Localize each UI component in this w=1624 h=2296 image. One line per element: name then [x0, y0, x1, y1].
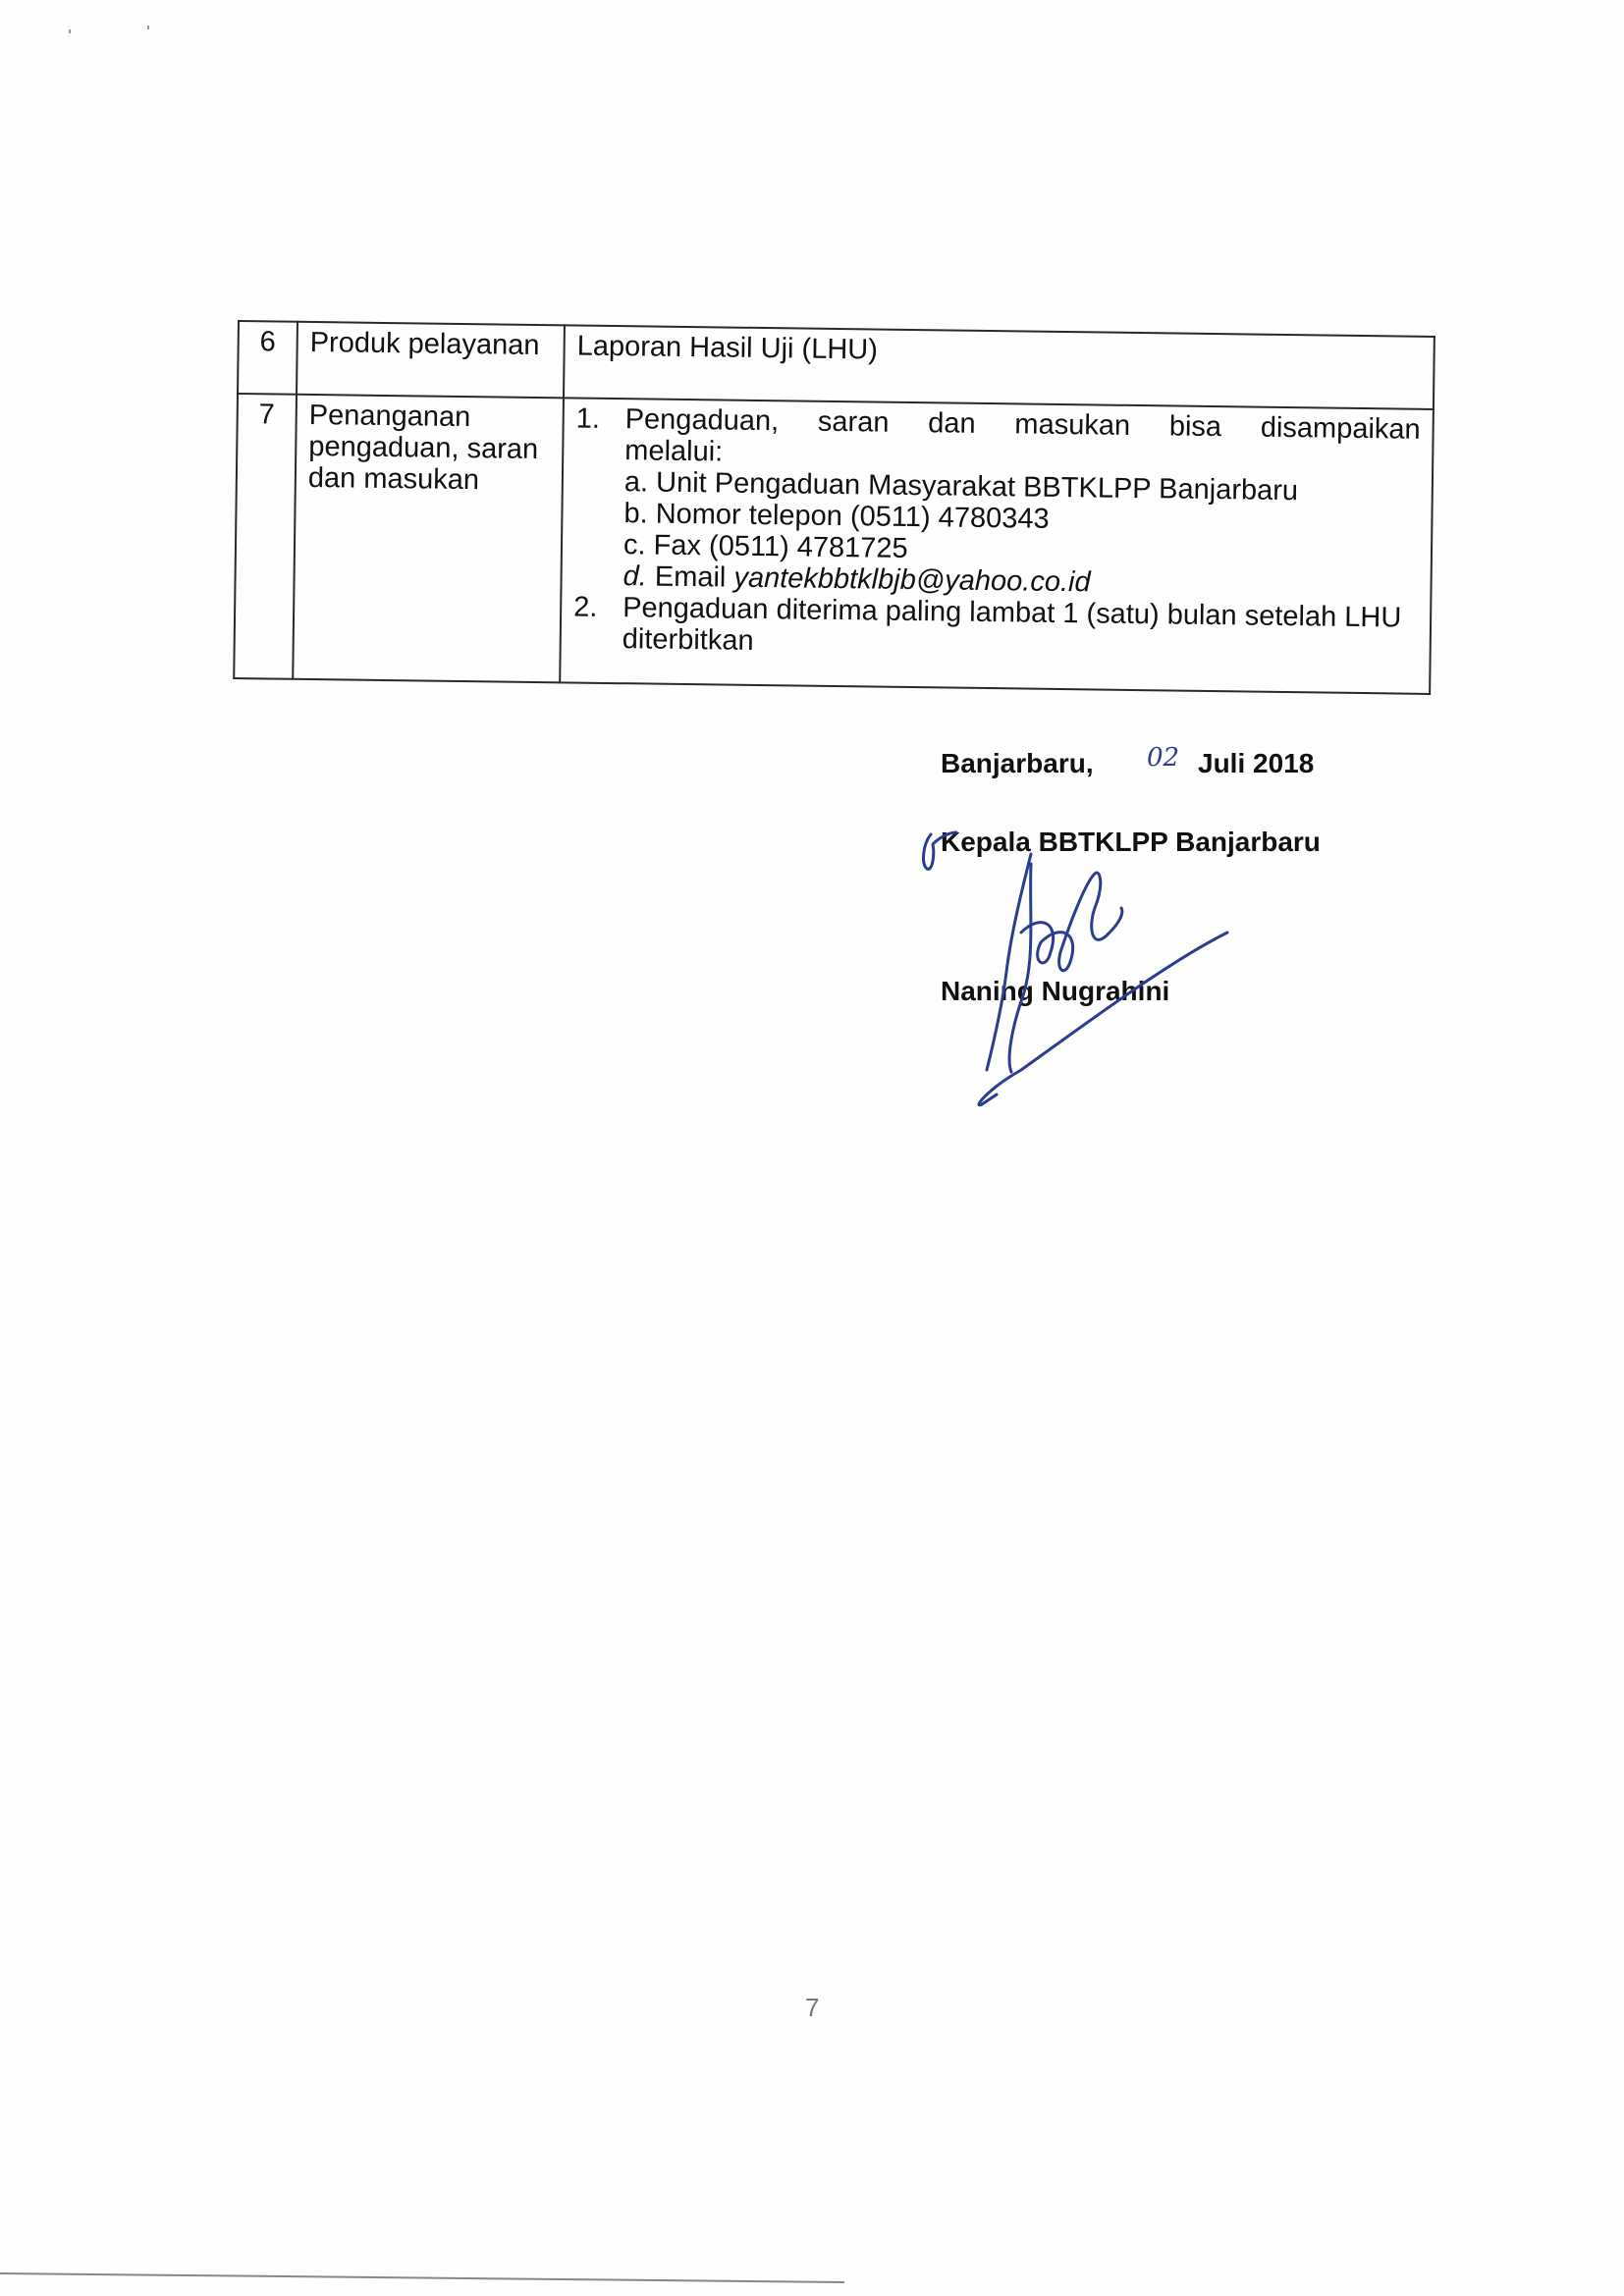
sub-label: a. — [624, 466, 649, 498]
handwritten-day: 02 — [1147, 742, 1179, 774]
contact-list: a. Unit Pengaduan Masyarakat BBTKLPP Ban… — [623, 466, 1420, 603]
list-number: 1. — [576, 403, 625, 436]
row-number: 7 — [234, 394, 297, 679]
sub-text: Fax (0511) 4781725 — [653, 530, 907, 564]
scan-artifact-dot — [147, 26, 149, 29]
table-row: 7 Penanganan pengaduan, saran dan masuka… — [234, 394, 1434, 694]
handwritten-signature-icon — [913, 815, 1267, 1109]
sub-text: Email — [655, 561, 727, 594]
list-number: 2. — [573, 592, 623, 624]
list-item: 2. Pengaduan diterima paling lambat 1 (s… — [573, 592, 1419, 666]
service-standard-table: 6 Produk pelayanan Laporan Hasil Uji (LH… — [233, 320, 1435, 695]
sub-label: c. — [623, 529, 646, 561]
row-description: 1. Pengaduan, saran dan masukan bisa dis… — [560, 398, 1434, 694]
row-number: 6 — [238, 321, 298, 395]
signature-block: Banjarbaru, 02 Juli 2018 Kepala BBTKLPP … — [941, 748, 1432, 787]
signing-month-year: Juli 2018 — [1198, 748, 1314, 779]
sub-text: Nomor telepon (0511) 4780343 — [655, 499, 1049, 535]
signatory-title: Kepala BBTKLPP Banjarbaru — [941, 827, 1321, 858]
row-component: Produk pelayanan — [297, 322, 565, 399]
signing-place: Banjarbaru, — [941, 748, 1094, 779]
list-text: Pengaduan diterima paling lambat 1 (satu… — [623, 592, 1402, 657]
scan-artifact-dot — [69, 29, 71, 33]
signatory-name: Naning Nugrahini — [941, 976, 1169, 1007]
page-number: 7 — [805, 1993, 819, 2023]
list-item: 1. Pengaduan, saran dan masukan bisa dis… — [573, 403, 1420, 603]
product-text: Laporan Hasil Uji (LHU) — [576, 331, 1421, 373]
document-page: 6 Produk pelayanan Laporan Hasil Uji (LH… — [0, 0, 1624, 2296]
row-description: Laporan Hasil Uji (LHU) — [564, 325, 1435, 409]
row-component: Penanganan pengaduan, saran dan masukan — [293, 395, 564, 683]
sub-label: b. — [623, 498, 648, 529]
sub-label: d. — [623, 561, 647, 592]
scan-artifact-line — [0, 2272, 844, 2283]
signing-date: Banjarbaru, 02 Juli 2018 — [941, 748, 1432, 787]
email-address: yantekbbtklbjb@yahoo.co.id — [733, 562, 1091, 599]
